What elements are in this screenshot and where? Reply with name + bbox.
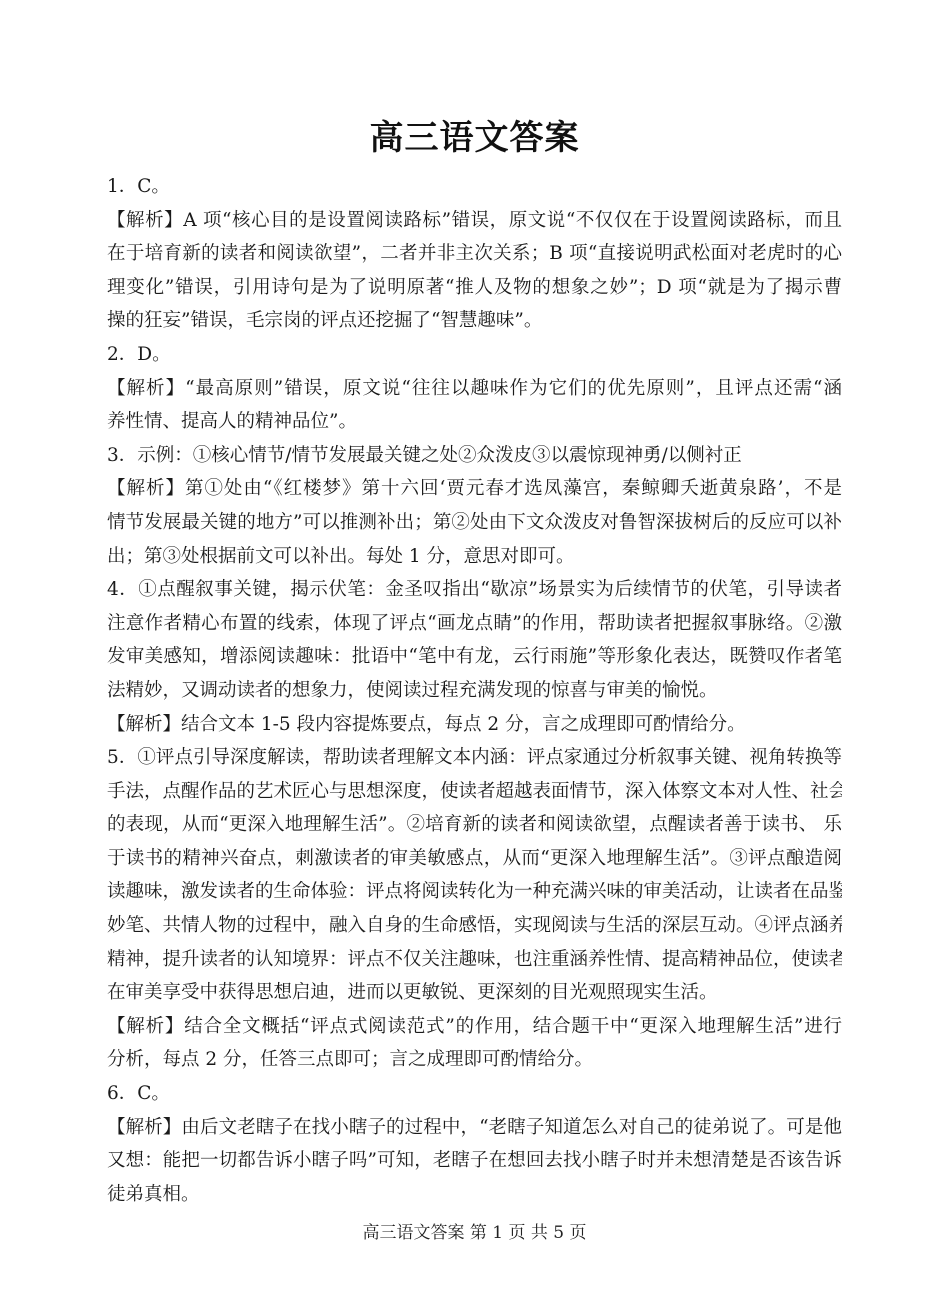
explanation-q2-line: 养性情、提高人的精神品位”。	[107, 405, 842, 439]
explanation-q6-line: 又想：能把一切都告诉小瞎子吗”可知，老瞎子在想回去找小瞎子时并未想清楚是否该告诉	[107, 1144, 842, 1178]
explanation-q3-line: 情节发展最关键的地方”可以推测补出；第②处由下文众泼皮对鲁智深拔树后的反应可以补	[107, 506, 842, 540]
explanation-q1-line: 理变化”错误，引用诗句是为了说明原著“推人及物的想象之妙”；D 项“就是为了揭示…	[107, 271, 842, 305]
explanation-q6-line: 【解析】由后文老瞎子在找小瞎子的过程中，“老瞎子知道怎么对自己的徒弟说了。可是他	[107, 1111, 842, 1145]
answer-q6: 6．C。	[107, 1077, 842, 1111]
page-title: 高三语文答案	[0, 110, 949, 159]
answer-q5-line: 5．①评点引导深度解读，帮助读者理解文本内涵：评点家通过分析叙事关键、视角转换等	[107, 741, 842, 775]
answer-q5-line: 的表现，从而“更深入地理解生活”。②培育新的读者和阅读欲望，点醒读者善于读书、 …	[107, 808, 842, 842]
explanation-q5-line: 分析，每点 2 分，任答三点即可；言之成理即可酌情给分。	[107, 1043, 842, 1077]
answer-q4-line: 法精妙，又调动读者的想象力，使阅读过程充满发现的惊喜与审美的愉悦。	[107, 674, 842, 708]
answer-q3: 3．示例：①核心情节/情节发展最关键之处②众泼皮③以震惊现神勇/以侧衬正	[107, 439, 842, 473]
answer-q5-line: 于读书的精神兴奋点，刺激读者的审美敏感点，从而“更深入地理解生活”。③评点酿造阅	[107, 842, 842, 876]
explanation-q1-line: 【解析】A 项“核心目的是设置阅读路标”错误，原文说“不仅仅在于设置阅读路标，而…	[107, 204, 842, 238]
explanation-q2-line: 【解析】“最高原则”错误，原文说“往往以趣味作为它们的优先原则”，且评点还需“涵	[107, 372, 842, 406]
answer-q5-line: 精神，提升读者的认知境界：评点不仅关注趣味，也注重涵养性情、提高精神品位，使读者	[107, 943, 842, 977]
explanation-q1-line: 在于培育新的读者和阅读欲望”，二者并非主次关系；B 项“直接说明武松面对老虎时的…	[107, 237, 842, 271]
answer-q4-line: 注意作者精心布置的线索，体现了评点“画龙点睛”的作用，帮助读者把握叙事脉络。②激	[107, 607, 842, 641]
answer-q5-line: 手法，点醒作品的艺术匠心与思想深度，使读者超越表面情节，深入体察文本对人性、社会	[107, 775, 842, 809]
answer-q4-line: 4．①点醒叙事关键，揭示伏笔：金圣叹指出“歇凉”场景实为后续情节的伏笔，引导读者	[107, 573, 842, 607]
explanation-q1-line: 操的狂妄”错误，毛宗岗的评点还挖掘了“智慧趣味”。	[107, 304, 842, 338]
explanation-q4: 【解析】结合文本 1-5 段内容提炼要点，每点 2 分，言之成理即可酌情给分。	[107, 708, 842, 742]
answer-q2: 2．D。	[107, 338, 842, 372]
explanation-q3-line: 【解析】第①处由“《红楼梦》第十六回‘贾元春才选凤藻宫，秦鲸卿夭逝黄泉路’，不是	[107, 472, 842, 506]
answer-q4-line: 发审美感知，增添阅读趣味：批语中“笔中有龙，云行雨施”等形象化表达，既赞叹作者笔	[107, 640, 842, 674]
explanation-q5-line: 【解析】结合全文概括“评点式阅读范式”的作用，结合题干中“更深入地理解生活”进行	[107, 1010, 842, 1044]
explanation-q6-line: 徒弟真相。	[107, 1178, 842, 1212]
answer-q5-line: 在审美享受中获得思想启迪，进而以更敏锐、更深刻的目光观照现实生活。	[107, 976, 842, 1010]
answer-q5-line: 妙笔、共情人物的过程中，融入自身的生命感悟，实现阅读与生活的深层互动。④评点涵养	[107, 909, 842, 943]
answer-q1: 1．C。	[107, 170, 842, 204]
answer-q5-line: 读趣味，激发读者的生命体验：评点将阅读转化为一种充满兴味的审美活动，让读者在品鉴	[107, 875, 842, 909]
explanation-q3-line: 出；第③处根据前文可以补出。每处 1 分，意思对即可。	[107, 540, 842, 574]
page-footer: 高三语文答案 第 1 页 共 5 页	[0, 1218, 949, 1243]
answer-body: 1．C。 【解析】A 项“核心目的是设置阅读路标”错误，原文说“不仅仅在于设置阅…	[107, 170, 842, 1211]
